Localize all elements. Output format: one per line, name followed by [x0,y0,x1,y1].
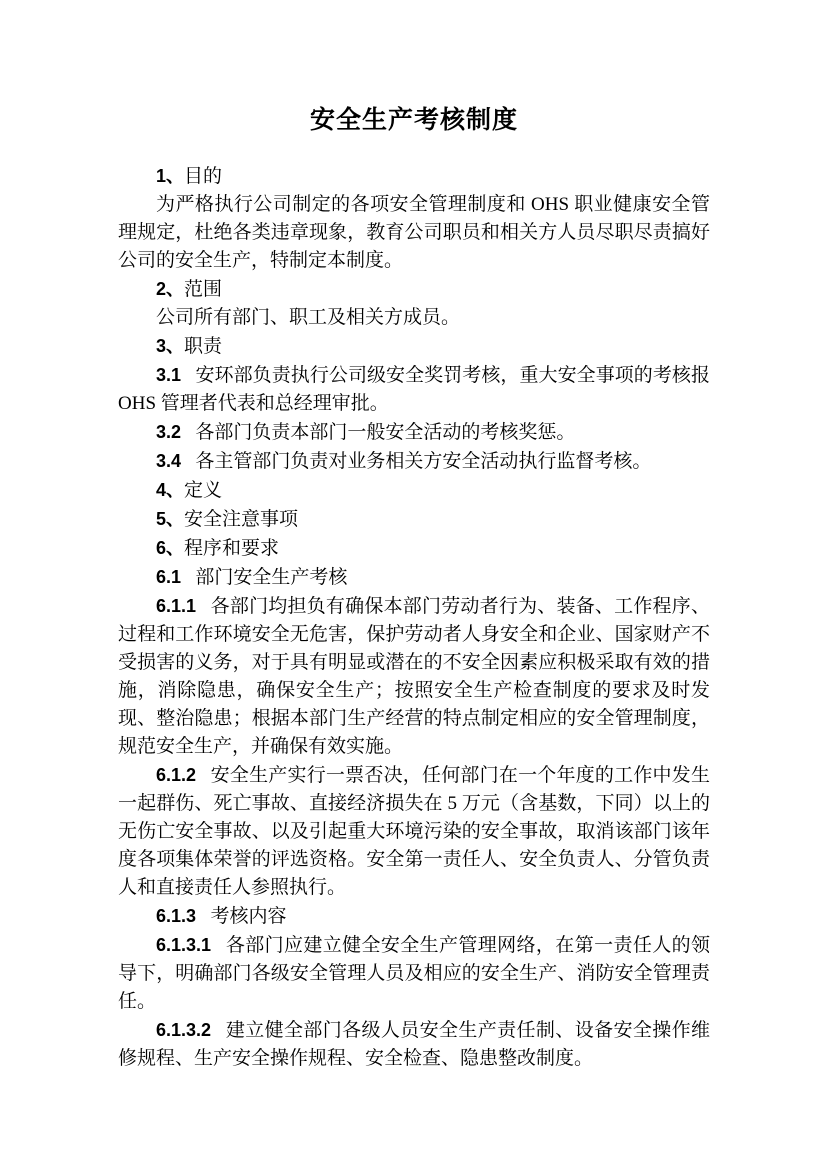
para-duties-heading: 3、职责 [118,332,710,361]
para-purpose-body: 为严格执行公司制定的各项安全管理制度和 OHS 职业健康安全管理规定，杜绝各类违… [118,191,710,275]
clause-text: 考核内容 [210,906,286,927]
para-safety-notes-heading: 5、安全注意事项 [118,505,710,534]
para-clause-6-1: 6.1部门安全生产考核 [118,563,710,592]
para-clause-3-4: 3.4各主管部门负责对业务相关方安全活动执行监督考核。 [118,447,710,476]
clause-number: 5、 [156,509,184,529]
para-clause-3-1: 3.1安环部负责执行公司级安全奖罚考核，重大安全事项的考核报 OHS 管理者代表… [118,361,710,418]
clause-text: 目的 [184,166,222,187]
clause-number: 2、 [156,279,184,299]
clause-text: 安环部负责执行公司级安全奖罚考核，重大安全事项的考核报 OHS 管理者代表和总经… [118,365,710,414]
clause-text: 定义 [184,480,222,501]
clause-number: 3.4 [156,451,181,471]
para-definitions-heading: 4、定义 [118,476,710,505]
para-scope-heading: 2、范围 [118,275,710,304]
clause-number: 6.1.3.2 [156,1020,211,1040]
para-clause-6-1-2: 6.1.2安全生产实行一票否决，任何部门在一个年度的工作中发生一起群伤、死亡事故… [118,761,710,902]
clause-text: 安全生产实行一票否决，任何部门在一个年度的工作中发生一起群伤、死亡事故、直接经济… [118,765,710,898]
clause-number: 6.1.3.1 [156,935,211,955]
para-clause-6-1-3-2: 6.1.3.2建立健全部门各级人员安全生产责任制、设备安全操作维修规程、生产安全… [118,1016,710,1073]
clause-text: 范围 [184,279,222,300]
clause-number: 4、 [156,480,184,500]
clause-number: 6.1 [156,567,181,587]
clause-text: 为严格执行公司制定的各项安全管理制度和 OHS 职业健康安全管理规定，杜绝各类违… [118,194,710,271]
clause-number: 6.1.2 [156,765,196,785]
para-clause-3-2: 3.2各部门负责本部门一般安全活动的考核奖惩。 [118,418,710,447]
clause-text: 各部门负责本部门一般安全活动的考核奖惩。 [195,422,575,443]
para-scope-body: 公司所有部门、职工及相关方成员。 [118,304,710,332]
clause-number: 1、 [156,166,184,186]
document-page: 安全生产考核制度 1、目的 为严格执行公司制定的各项安全管理制度和 OHS 职业… [0,0,827,1169]
para-clause-6-1-3-1: 6.1.3.1各部门应建立健全安全生产管理网络，在第一责任人的领导下，明确部门各… [118,931,710,1016]
clause-number: 6.1.3 [156,906,196,926]
clause-text: 各主管部门负责对业务相关方安全活动执行监督考核。 [195,451,651,472]
clause-text: 安全注意事项 [184,509,298,530]
document-title: 安全生产考核制度 [118,104,710,138]
para-clause-6-1-3: 6.1.3考核内容 [118,902,710,931]
clause-number: 6、 [156,538,184,558]
para-procedures-heading: 6、程序和要求 [118,534,710,563]
clause-text: 职责 [184,336,222,357]
para-purpose-heading: 1、目的 [118,162,710,191]
clause-text: 公司所有部门、职工及相关方成员。 [156,307,460,328]
clause-number: 3、 [156,336,184,356]
clause-number: 3.2 [156,422,181,442]
clause-number: 3.1 [156,365,181,385]
clause-text: 部门安全生产考核 [195,567,347,588]
clause-number: 6.1.1 [156,596,196,616]
clause-text: 程序和要求 [184,538,279,559]
para-clause-6-1-1: 6.1.1各部门均担负有确保本部门劳动者行为、装备、工作程序、过程和工作环境安全… [118,592,710,761]
clause-text: 各部门均担负有确保本部门劳动者行为、装备、工作程序、过程和工作环境安全无危害，保… [118,596,710,757]
